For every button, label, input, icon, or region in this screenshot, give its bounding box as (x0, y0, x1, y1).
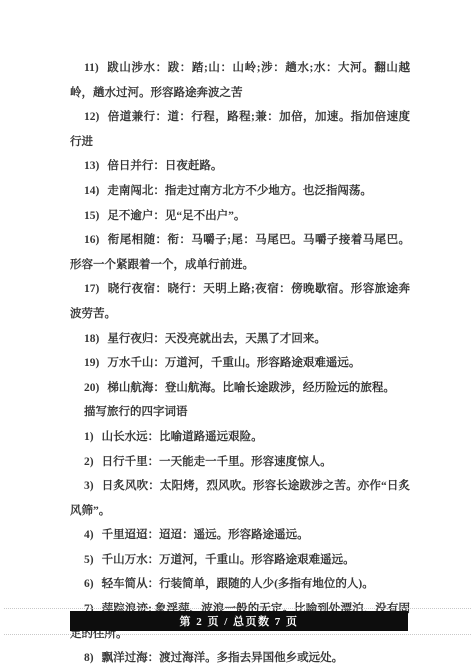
item-number: 14) (84, 185, 99, 197)
item-text: 轻车简从：行装简单，跟随的人少(多指有地位的人)。 (102, 578, 374, 590)
item-text: 梯山航海：登山航海。比喻长途跋涉，经历险远的旅程。 (107, 382, 395, 394)
list-item: 14)走南闯北：指走过南方北方不少地方。也泛指闯荡。 (70, 179, 410, 204)
list-item: 11)跋山涉水：跋：踏;山：山岭;涉：趟水;水：大河。翻山越岭，趟水过河。形容路… (70, 56, 410, 105)
item-number: 1) (84, 431, 94, 443)
item-text: 星行夜归：天没亮就出去，天黑了才回来。 (107, 333, 326, 345)
list-item: 16)衔尾相随：衔：马嚼子;尾：马尾巴。马嚼子接着马尾巴。形容一个紧跟着一个，成… (70, 228, 410, 277)
item-text: 千里迢迢：迢迢：遥远。形容路途遥远。 (102, 529, 309, 541)
item-number: 16) (84, 234, 99, 246)
item-text: 晓行夜宿：晓行：天明上路;夜宿：傍晚歇宿。形容旅途奔波劳苦。 (70, 283, 410, 320)
list-item: 18)星行夜归：天没亮就出去，天黑了才回来。 (70, 327, 410, 352)
list-item: 12)倍道兼行：道：行程，路程;兼：加倍，加速。指加倍速度行进 (70, 105, 410, 154)
item-number: 18) (84, 333, 99, 345)
item-text: 千山万水：万道河，千重山。形容路途艰难遥远。 (102, 554, 355, 566)
item-number: 17) (84, 283, 99, 295)
item-number: 6) (84, 578, 94, 590)
list-item: 20)梯山航海：登山航海。比喻长途跋涉，经历险远的旅程。 (70, 376, 410, 401)
item-text: 万水千山：万道河，千重山。形容路途艰难遥远。 (107, 357, 360, 369)
item-text: 跋山涉水：跋：踏;山：山岭;涉：趟水;水：大河。翻山越岭，趟水过河。形容路途奔波… (70, 62, 410, 99)
list-item: 17)晓行夜宿：晓行：天明上路;夜宿：傍晚歇宿。形容旅途奔波劳苦。 (70, 277, 410, 326)
item-number: 4) (84, 529, 94, 541)
list-item: 6)轻车简从：行装简单，跟随的人少(多指有地位的人)。 (70, 572, 410, 597)
list-item: 15)足不逾户：见“足不出户”。 (70, 204, 410, 229)
item-number: 12) (84, 111, 99, 123)
section-heading: 描写旅行的四字词语 (70, 400, 410, 425)
page-footer-bar: 第 2 页 / 总页数 7 页 (70, 611, 408, 631)
item-number: 19) (84, 357, 99, 369)
list-item: 4)千里迢迢：迢迢：遥远。形容路途遥远。 (70, 523, 410, 548)
item-text: 山长水远：比喻道路遥远艰险。 (102, 431, 263, 443)
item-text: 日行千里：一天能走一千里。形容速度惊人。 (102, 456, 332, 468)
list-item: 5)千山万水：万道河，千重山。形容路途艰难遥远。 (70, 548, 410, 573)
scan-artifact-line (4, 634, 471, 635)
item-number: 5) (84, 554, 94, 566)
item-number: 3) (84, 480, 94, 492)
page-number-text: 第 2 页 / 总页数 7 页 (179, 613, 298, 629)
document-page: 11)跋山涉水：跋：踏;山：山岭;涉：趟水;水：大河。翻山越岭，趟水过河。形容路… (0, 0, 475, 672)
item-text: 日炙风吹：太阳烤，烈风吹。形容长途跋涉之苦。亦作“日炙风筛”。 (70, 480, 410, 517)
list-item: 8)飘洋过海：渡过海洋。多指去异国他乡或远处。 (70, 646, 410, 671)
list-item: 2)日行千里：一天能走一千里。形容速度惊人。 (70, 450, 410, 475)
item-number: 8) (84, 652, 94, 664)
item-number: 2) (84, 456, 94, 468)
list-item: 3)日炙风吹：太阳烤，烈风吹。形容长途跋涉之苦。亦作“日炙风筛”。 (70, 474, 410, 523)
item-text: 足不逾户：见“足不出户”。 (107, 210, 245, 222)
item-text: 走南闯北：指走过南方北方不少地方。也泛指闯荡。 (107, 185, 372, 197)
scan-artifact-line (4, 608, 471, 609)
item-number: 15) (84, 210, 99, 222)
item-text: 倍道兼行：道：行程，路程;兼：加倍，加速。指加倍速度行进 (70, 111, 410, 148)
list-item: 13)倍日并行：日夜赶路。 (70, 154, 410, 179)
item-text: 倍日并行：日夜赶路。 (107, 160, 222, 172)
item-number: 11) (84, 62, 99, 74)
item-number: 20) (84, 382, 99, 394)
item-text: 衔尾相随：衔：马嚼子;尾：马尾巴。马嚼子接着马尾巴。形容一个紧跟着一个，成单行前… (70, 234, 410, 271)
item-text: 飘洋过海：渡过海洋。多指去异国他乡或远处。 (102, 652, 344, 664)
item-number: 13) (84, 160, 99, 172)
document-content: 11)跋山涉水：跋：踏;山：山岭;涉：趟水;水：大河。翻山越岭，趟水过河。形容路… (70, 56, 410, 671)
list-item: 19)万水千山：万道河，千重山。形容路途艰难遥远。 (70, 351, 410, 376)
list-item: 1)山长水远：比喻道路遥远艰险。 (70, 425, 410, 450)
